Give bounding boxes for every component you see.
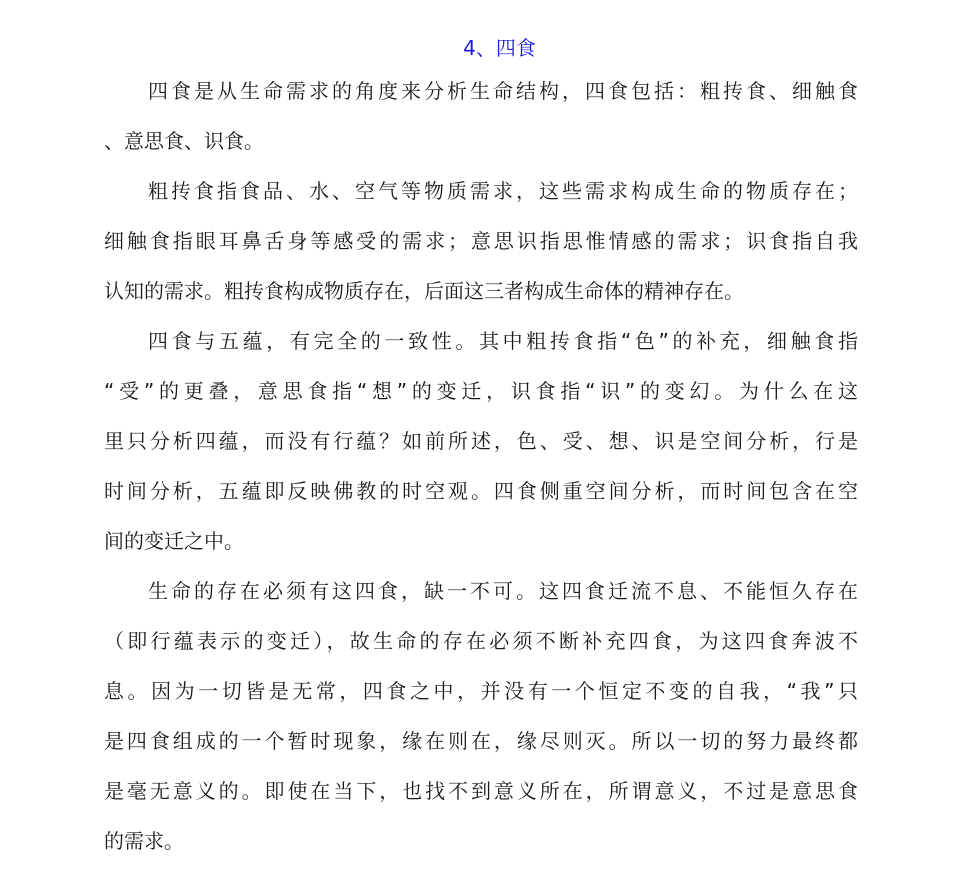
text-line: 是四食组成的一个暂时现象，缘在则在，缘尽则灭。所以一切的努力最终都 [104, 716, 858, 766]
text-line: 四食与五蕴，有完全的一致性。其中粗抟食指“色”的补充，细触食指 [104, 316, 858, 366]
text-line: 四食是从生命需求的角度来分析生命结构，四食包括：粗抟食、细触食 [104, 66, 858, 116]
text-line: 息。因为一切皆是无常，四食之中，并没有一个恒定不变的自我，“我”只 [104, 666, 858, 716]
text-line: 生命的存在必须有这四食，缺一不可。这四食迁流不息、不能恒久存在 [104, 566, 858, 616]
text-line: 、意思食、识食。 [104, 116, 858, 166]
text-line: 的需求。 [104, 816, 858, 866]
document-page: 4、四食 四食是从生命需求的角度来分析生命结构，四食包括：粗抟食、细触食 、意思… [104, 30, 858, 866]
text-line: 里只分析四蕴，而没有行蕴？如前所述，色、受、想、识是空间分析，行是 [104, 416, 858, 466]
section-heading: 4、四食 [141, 30, 858, 66]
text-line: 细触食指眼耳鼻舌身等感受的需求；意思识指思惟情感的需求；识食指自我 [104, 216, 858, 266]
text-line: 认知的需求。粗抟食构成物质存在，后面这三者构成生命体的精神存在。 [104, 266, 858, 316]
text-line: “受”的更叠，意思食指“想”的变迁，识食指“识”的变幻。为什么在这 [104, 366, 858, 416]
text-line: 间的变迁之中。 [104, 516, 858, 566]
paragraph-1: 四食是从生命需求的角度来分析生命结构，四食包括：粗抟食、细触食 、意思食、识食。 [104, 66, 858, 166]
text-line: （即行蕴表示的变迁），故生命的存在必须不断补充四食，为这四食奔波不 [104, 616, 858, 666]
text-line: 是毫无意义的。即使在当下，也找不到意义所在，所谓意义，不过是意思食 [104, 766, 858, 816]
text-line: 时间分析，五蕴即反映佛教的时空观。四食侧重空间分析，而时间包含在空 [104, 466, 858, 516]
text-line: 粗抟食指食品、水、空气等物质需求，这些需求构成生命的物质存在； [104, 166, 858, 216]
paragraph-2: 粗抟食指食品、水、空气等物质需求，这些需求构成生命的物质存在； 细触食指眼耳鼻舌… [104, 166, 858, 316]
paragraph-3: 四食与五蕴，有完全的一致性。其中粗抟食指“色”的补充，细触食指 “受”的更叠，意… [104, 316, 858, 566]
paragraph-4: 生命的存在必须有这四食，缺一不可。这四食迁流不息、不能恒久存在 （即行蕴表示的变… [104, 566, 858, 866]
